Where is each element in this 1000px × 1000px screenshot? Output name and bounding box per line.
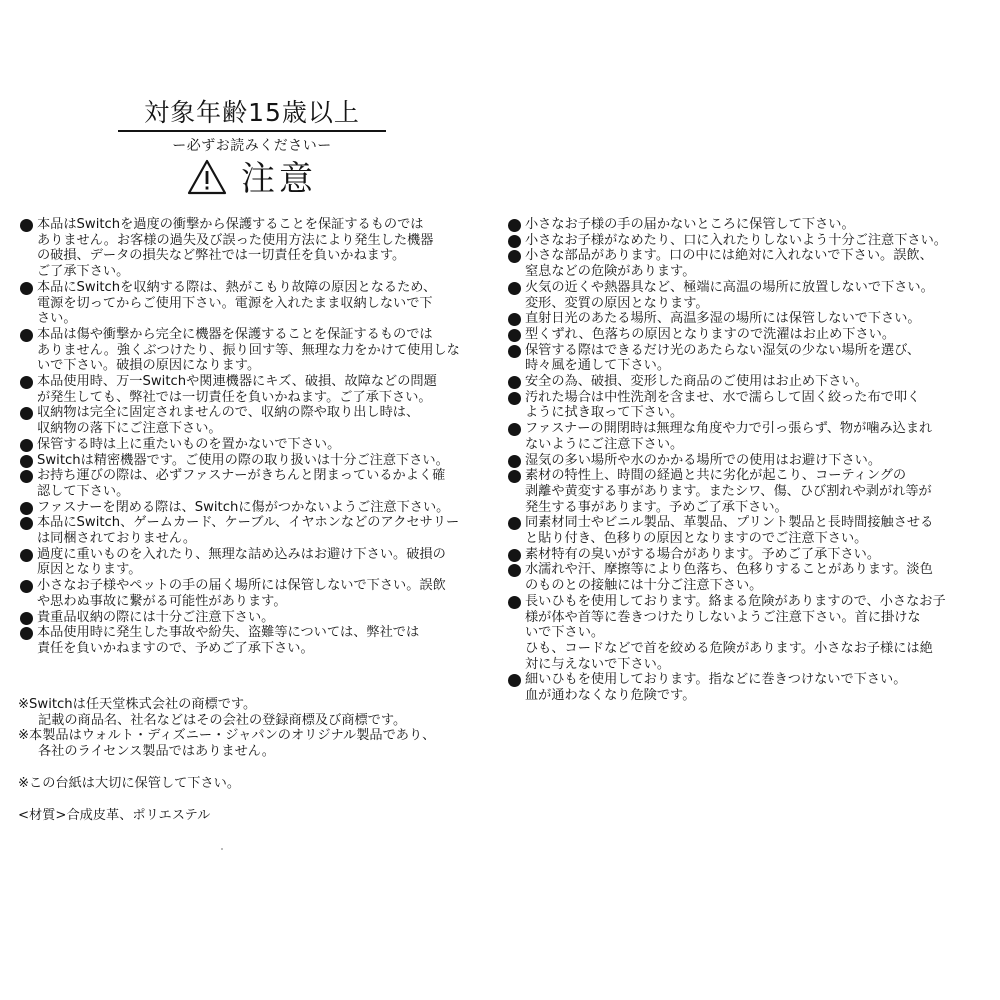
caution-item: 湿気の多い場所や水のかかる場所での使用はお避け下さい。 [508,453,978,469]
bullet-icon [508,345,521,358]
caution-item-line: 長いひもを使用しております。絡まる危険がありますので、小さなお子 [525,594,978,610]
caution-item-line: 細いひもを使用しております。指などに巻きつけないで下さい。 [525,672,978,688]
bullet-icon [508,564,521,577]
caution-item-line: 小さなお子様やペットの手の届く場所には保管しないで下さい。誤飲 [37,578,492,594]
bullet-icon [20,470,33,483]
bullet-icon [20,517,33,530]
caution-item-line: Switchは精密機器です。ご使用の際の取り扱いは十分ご注意下さい。 [37,453,492,469]
bullet-icon [20,455,33,468]
bullet-icon [508,423,521,436]
bullet-icon [508,470,521,483]
caution-item-line: 貴重品収納の際には十分ご注意下さい。 [37,610,492,626]
caution-item-line: 水濡れや汗、摩擦等により色落ち、色移りすることがあります。淡色 [525,562,978,578]
footer-notes: ※Switchは任天堂株式会社の商標です。 記載の商品名、社名などはその会社の登… [18,697,435,823]
caution-item: 細いひもを使用しております。指などに巻きつけないで下さい。血が通わなくなり危険で… [508,672,978,703]
bullet-icon [508,250,521,263]
caution-item-line: お持ち運びの際は、必ずファスナーがきちんと閉まっているかよく確 [37,468,492,484]
bullet-icon [20,282,33,295]
caution-item-line: の破損、データの損失など弊社では一切責任を負いかねます。 [37,248,492,264]
caution-item-line: いで下さい。破損の原因になります。 [37,358,492,374]
caution-item-line: 対に与えないで下さい。 [525,657,978,673]
caution-item: ファスナーを閉める際は、Switchに傷がつかないようご注意下さい。 [20,500,492,516]
license-note: ※本製品はウォルト・ディズニー・ジャパンのオリジナル製品であり、 [18,728,435,744]
caution-item: 素材の特性上、時間の経過と共に劣化が起こり、コーティングの剥離や黄変する事があり… [508,468,978,515]
caution-item-line: ないようにご注意下さい。 [525,437,978,453]
caution-item: 本品にSwitchを収納する際は、熱がこもり故障の原因となるため、電源を切ってか… [20,280,492,327]
caution-item-line: と貼り付き、色移りの原因となりますのでご注意下さい。 [525,531,978,547]
bullet-icon [508,596,521,609]
right-caution-list: 小さなお子様の手の届かないところに保管して下さい。小さなお子様がなめたり、口に入… [508,217,978,704]
caution-item-line: ファスナーを閉める際は、Switchに傷がつかないようご注意下さい。 [37,500,492,516]
header: 対象年齢15歳以上 ー必ずお読みくださいー 注意 [118,96,386,200]
caution-item-line: 素材の特性上、時間の経過と共に劣化が起こり、コーティングの [525,468,978,484]
caution-item-line: 本品使用時に発生した事故や紛失、盗難等については、弊社では [37,625,492,641]
caution-item-line: や思わぬ事故に繋がる可能性があります。 [37,594,492,610]
caution-item-line: 本品は傷や衝撃から完全に機器を保護することを保証するものでは [37,327,492,343]
caution-item: 本品にSwitch、ゲームカード、ケーブル、イヤホンなどのアクセサリーは同梱され… [20,515,492,546]
caution-item-line: 本品使用時、万一Switchや関連機器にキズ、破損、故障などの問題 [37,374,492,390]
caution-item: 収納物は完全に固定されませんので、収納の際や取り出し時は、収納物の落下にご注意下… [20,405,492,436]
caution-item: 同素材同士やビニル製品、革製品、プリント製品と長時間接触させると貼り付き、色移り… [508,515,978,546]
caution-item-line: 認して下さい。 [37,484,492,500]
bullet-icon [20,439,33,452]
caution-item-line: は同梱されておりません。 [37,531,492,547]
caution-item: 本品はSwitchを過度の衝撃から保護することを保証するものではありません。お客… [20,217,492,280]
caution-item-line: 時々風を通して下さい。 [525,358,978,374]
caution-item: 小さなお子様やペットの手の届く場所には保管しないで下さい。誤飲や思わぬ事故に繋が… [20,578,492,609]
caution-heading: 注意 [118,158,386,200]
material-note: <材質>合成皮革、ポリエステル [18,808,435,824]
caution-item-line: ファスナーの開閉時は無理な角度や力で引っ張らず、物が噛み込まれ [525,421,978,437]
caution-item-line: 変形、変質の原因となります。 [525,296,978,312]
caution-item-line: 発生する事があります。予めご了承下さい。 [525,500,978,516]
caution-item-line: ように拭き取って下さい。 [525,405,978,421]
caution-item-line: 直射日光のあたる場所、高温多湿の場所には保管しないで下さい。 [525,311,978,327]
bullet-icon [20,502,33,515]
caution-item-line: 様が体や首等に巻きつけたりしないようご注意下さい。首に掛けな [525,610,978,626]
bullet-icon [508,329,521,342]
bullet-icon [508,313,521,326]
caution-item-line: 本品にSwitchを収納する際は、熱がこもり故障の原因となるため、 [37,280,492,296]
caution-item: 小さなお子様の手の届かないところに保管して下さい。 [508,217,978,233]
warning-triangle-icon [187,159,227,199]
bullet-icon [508,282,521,295]
bullet-icon [508,392,521,405]
age-rating-title: 対象年齢15歳以上 [118,96,386,132]
caution-item: お持ち運びの際は、必ずファスナーがきちんと閉まっているかよく確認して下さい。 [20,468,492,499]
bullet-icon [20,376,33,389]
bullet-icon [508,517,521,530]
bullet-icon [508,376,521,389]
left-caution-list: 本品はSwitchを過度の衝撃から保護することを保証するものではありません。お客… [20,217,492,657]
caution-item-line: のものとの接触には十分ご注意下さい。 [525,578,978,594]
caution-item: 小さなお子様がなめたり、口に入れたりしないよう十分ご注意下さい。 [508,233,978,249]
trademark-note-cont: 記載の商品名、社名などはその会社の登録商標及び商標です。 [18,713,435,729]
license-note-cont: 各社のライセンス製品ではありません。 [18,744,435,760]
caution-label: 注意 [241,158,317,200]
caution-item-line: 剥離や黄変する事があります。またシワ、傷、ひび割れや剥がれ等が [525,484,978,500]
caution-item-line: ありません。お客様の過失及び誤った使用方法により発生した機器 [37,233,492,249]
caution-item-line: 汚れた場合は中性洗剤を含ませ、水で濡らして固く絞った布で叩く [525,390,978,406]
caution-item-line: 型くずれ、色落ちの原因となりますので洗濯はお止め下さい。 [525,327,978,343]
caution-item-line: 原因となります。 [37,562,492,578]
keep-card-note: ※この台紙は大切に保管して下さい。 [18,776,435,792]
bullet-icon [20,549,33,562]
caution-item-line: ひも、コードなどで首を絞める危険があります。小さなお子様には絶 [525,641,978,657]
caution-item-line: 小さな部品があります。口の中には絶対に入れないで下さい。誤飲、 [525,248,978,264]
bullet-icon [508,674,521,687]
caution-item-line: ご了承下さい。 [37,264,492,280]
caution-item: 火気の近くや熱器具など、極端に高温の場所に放置しないで下さい。変形、変質の原因と… [508,280,978,311]
caution-item: 保管する時は上に重たいものを置かないで下さい。 [20,437,492,453]
caution-item: 安全の為、破損、変形した商品のご使用はお止め下さい。 [508,374,978,390]
bullet-icon [20,219,33,232]
caution-item-line: 血が通わなくなり危険です。 [525,688,978,704]
caution-item-line: 収納物は完全に固定されませんので、収納の際や取り出し時は、 [37,405,492,421]
caution-item: 素材特有の臭いがする場合があります。予めご了承下さい。 [508,547,978,563]
bullet-icon [20,612,33,625]
caution-item-line: 電源を切ってからご使用下さい。電源を入れたまま収納しないで下 [37,296,492,312]
caution-item-line: 素材特有の臭いがする場合があります。予めご了承下さい。 [525,547,978,563]
print-speck [221,848,223,850]
caution-item-line: が発生しても、弊社では一切責任を負いかねます。ご了承下さい。 [37,390,492,406]
caution-item: 型くずれ、色落ちの原因となりますので洗濯はお止め下さい。 [508,327,978,343]
caution-item-line: 安全の為、破損、変形した商品のご使用はお止め下さい。 [525,374,978,390]
caution-item: 本品使用時、万一Switchや関連機器にキズ、破損、故障などの問題が発生しても、… [20,374,492,405]
caution-item: 小さな部品があります。口の中には絶対に入れないで下さい。誤飲、窒息などの危険があ… [508,248,978,279]
bullet-icon [508,455,521,468]
caution-item-line: 収納物の落下にご注意下さい。 [37,421,492,437]
caution-item: 直射日光のあたる場所、高温多湿の場所には保管しないで下さい。 [508,311,978,327]
bullet-icon [20,580,33,593]
caution-item-line: ありません。強くぶつけたり、振り回す等、無理な力をかけて使用しな [37,343,492,359]
caution-item-line: 本品にSwitch、ゲームカード、ケーブル、イヤホンなどのアクセサリー [37,515,492,531]
caution-item: 汚れた場合は中性洗剤を含ませ、水で濡らして固く絞った布で叩くように拭き取って下さ… [508,390,978,421]
caution-item-line: 火気の近くや熱器具など、極端に高温の場所に放置しないで下さい。 [525,280,978,296]
bullet-icon [508,219,521,232]
caution-item: ファスナーの開閉時は無理な角度や力で引っ張らず、物が噛み込まれないようにご注意下… [508,421,978,452]
caution-item: 長いひもを使用しております。絡まる危険がありますので、小さなお子様が体や首等に巻… [508,594,978,673]
caution-item: 本品は傷や衝撃から完全に機器を保護することを保証するものではありません。強くぶつ… [20,327,492,374]
caution-item: Switchは精密機器です。ご使用の際の取り扱いは十分ご注意下さい。 [20,453,492,469]
caution-item: 貴重品収納の際には十分ご注意下さい。 [20,610,492,626]
caution-item: 保管する際はできるだけ光のあたらない湿気の少ない場所を選び、時々風を通して下さい… [508,343,978,374]
caution-item-line: 小さなお子様がなめたり、口に入れたりしないよう十分ご注意下さい。 [525,233,978,249]
bullet-icon [508,549,521,562]
bullet-icon [20,329,33,342]
caution-item-line: 本品はSwitchを過度の衝撃から保護することを保証するものでは [37,217,492,233]
caution-item-line: 同素材同士やビニル製品、革製品、プリント製品と長時間接触させる [525,515,978,531]
caution-item-line: 窒息などの危険があります。 [525,264,978,280]
caution-item-line: 湿気の多い場所や水のかかる場所での使用はお避け下さい。 [525,453,978,469]
caution-item-line: いで下さい。 [525,625,978,641]
trademark-note: ※Switchは任天堂株式会社の商標です。 [18,697,435,713]
caution-item: 過度に重いものを入れたり、無理な詰め込みはお避け下さい。破損の原因となります。 [20,547,492,578]
caution-item: 水濡れや汗、摩擦等により色落ち、色移りすることがあります。淡色のものとの接触には… [508,562,978,593]
caution-item-line: 責任を負いかねますので、予めご了承下さい。 [37,641,492,657]
caution-item-line: 小さなお子様の手の届かないところに保管して下さい。 [525,217,978,233]
caution-item-line: 保管する時は上に重たいものを置かないで下さい。 [37,437,492,453]
bullet-icon [20,627,33,640]
caution-item-line: 保管する際はできるだけ光のあたらない湿気の少ない場所を選び、 [525,343,978,359]
caution-item: 本品使用時に発生した事故や紛失、盗難等については、弊社では責任を負いかねますので… [20,625,492,656]
bullet-icon [508,235,521,248]
caution-item-line: 過度に重いものを入れたり、無理な詰め込みはお避け下さい。破損の [37,547,492,563]
bullet-icon [20,407,33,420]
read-notice-subtitle: ー必ずお読みくださいー [118,136,386,156]
caution-item-line: さい。 [37,311,492,327]
